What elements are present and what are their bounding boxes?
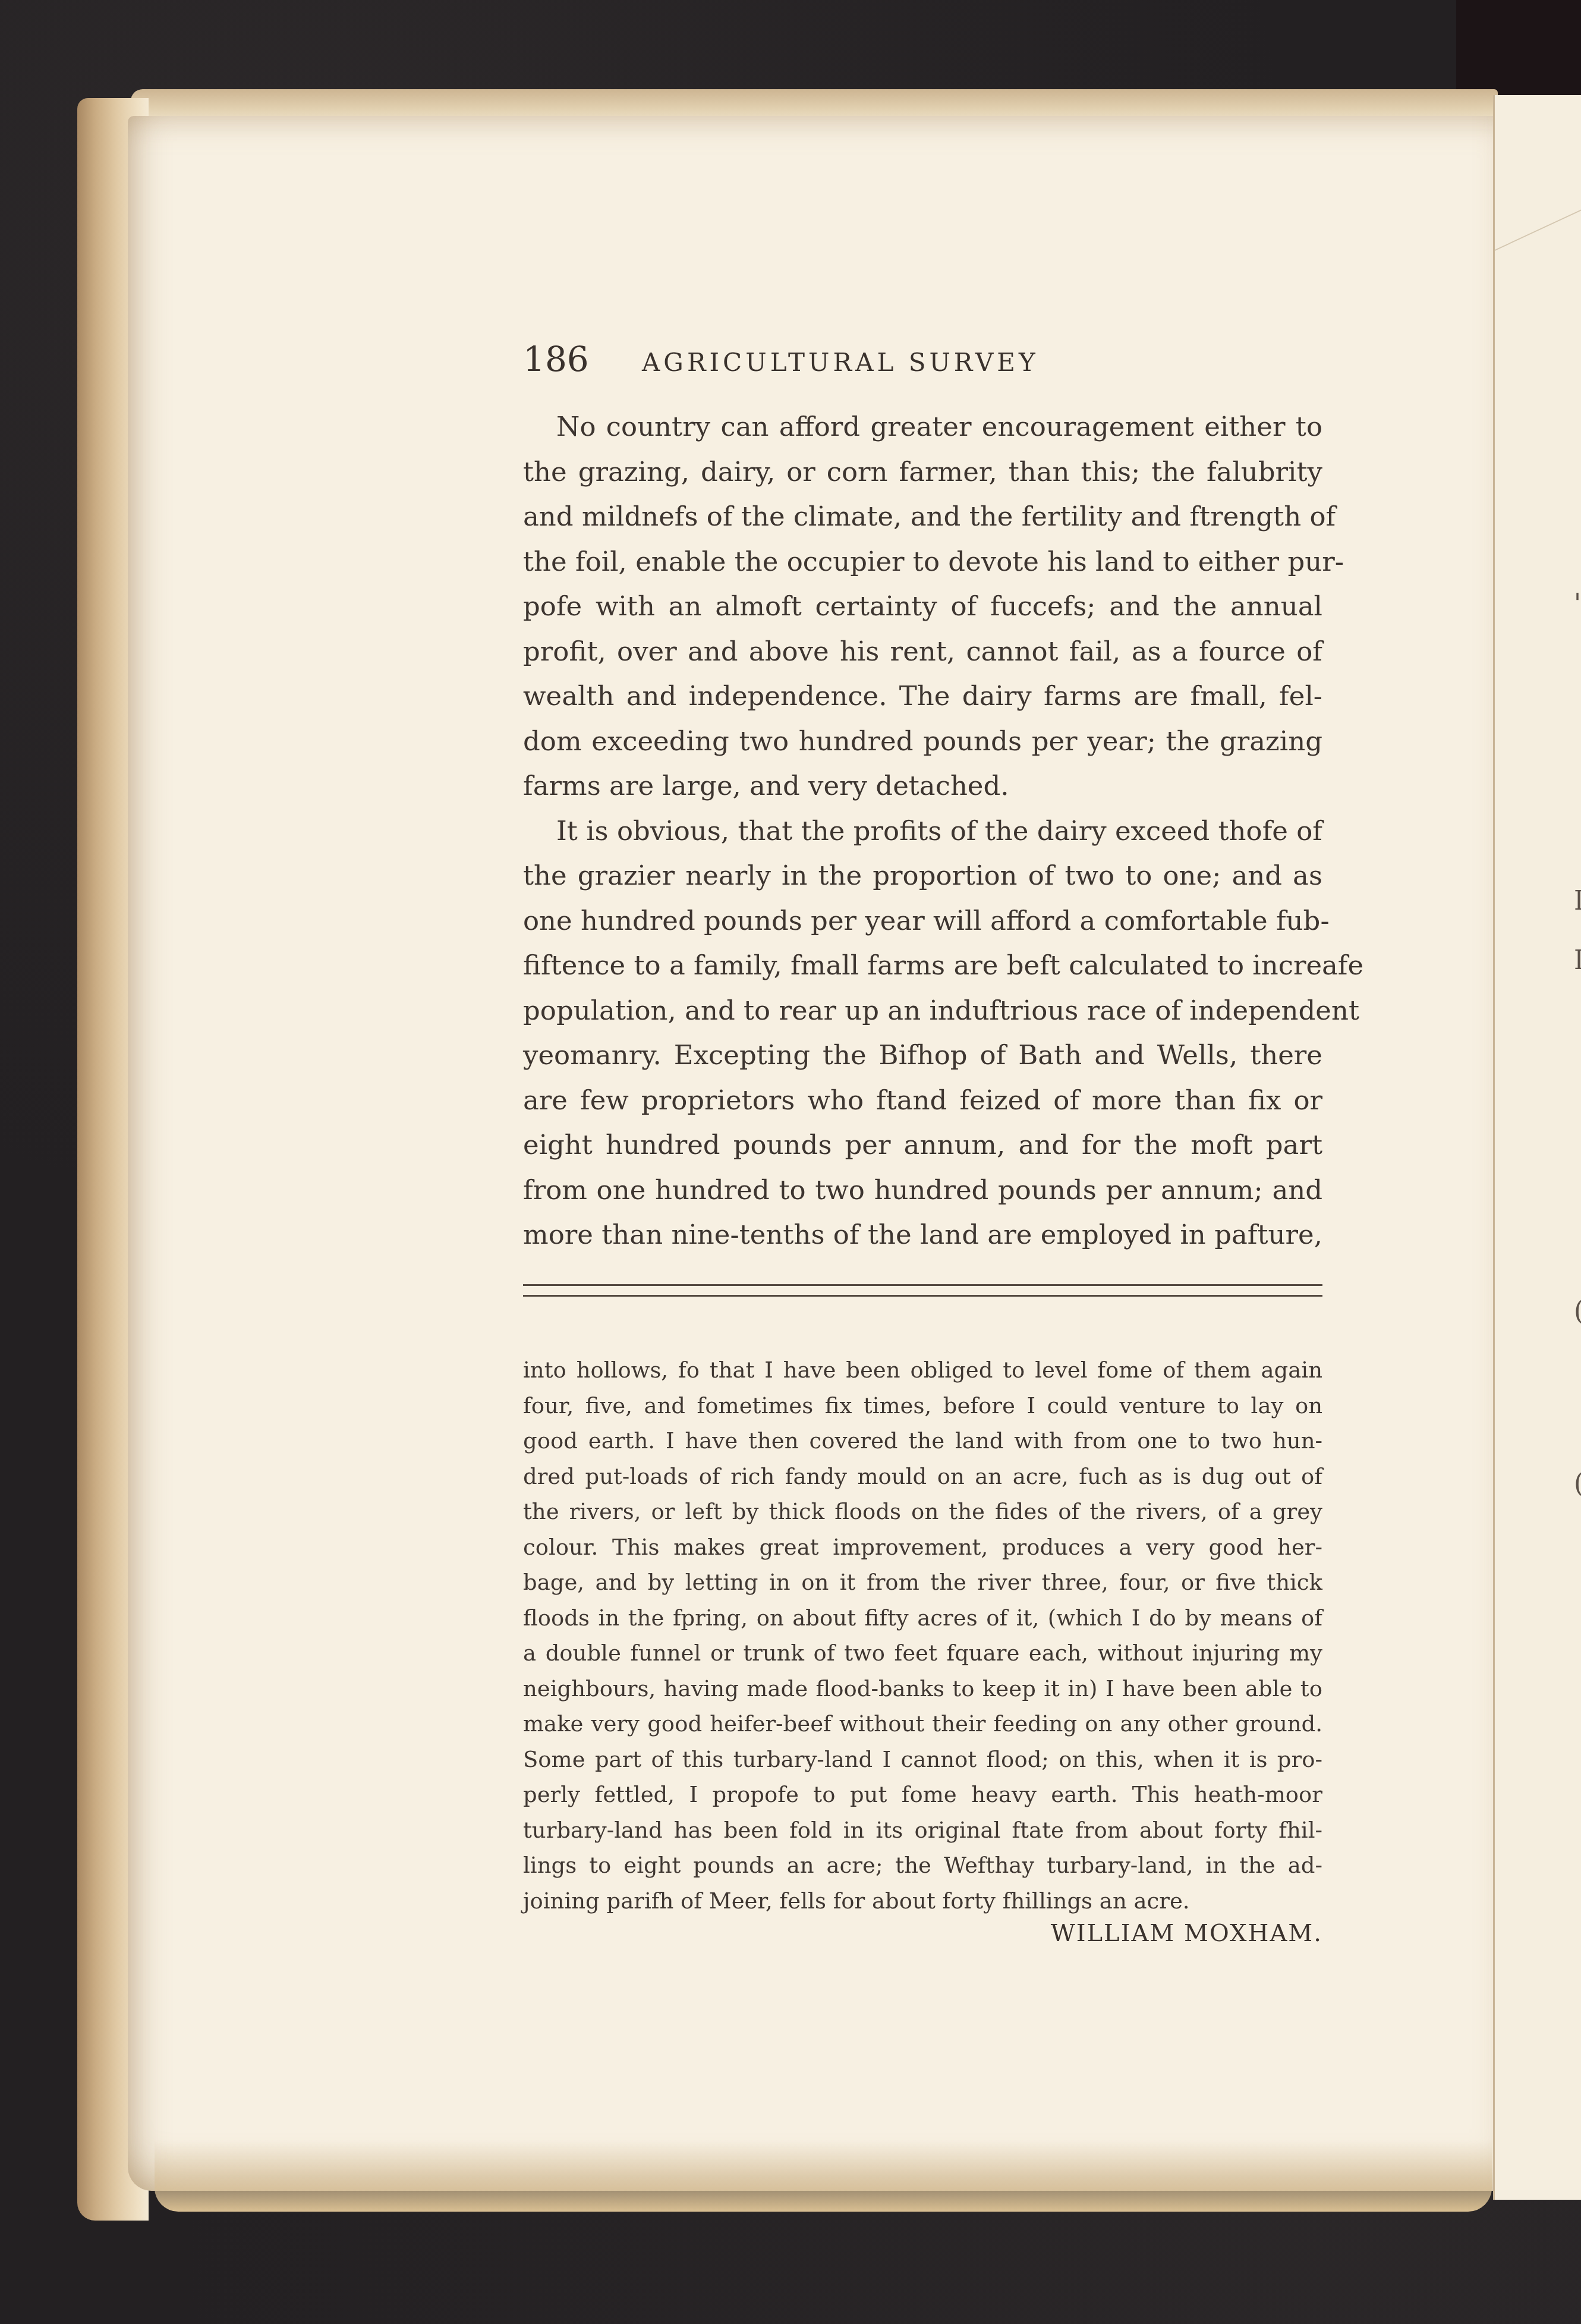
text-line: fiftence to a family, fmall farms are be… xyxy=(523,943,1322,988)
text-line: are few proprietors who ftand feized of … xyxy=(523,1078,1322,1123)
text-line: and mildnefs of the climate, and the fer… xyxy=(523,494,1322,539)
text-line: wealth and independence. The dairy farms… xyxy=(523,674,1322,719)
paragraph-2: It is obvious, that the profits of the d… xyxy=(523,809,1322,1257)
footnote-line: joining parifh of Meer, fells for about … xyxy=(523,1883,1322,1919)
text-line: population, and to rear up an induftriou… xyxy=(523,988,1322,1033)
facing-page-glyph: ( xyxy=(1574,1296,1581,1326)
text-line: the grazier nearly in the proportion of … xyxy=(523,853,1322,898)
facing-page-glyph: ( xyxy=(1574,1468,1581,1499)
text-line: the grazing, dairy, or corn farmer, than… xyxy=(523,449,1322,495)
footnote-line: Some part of this turbary-land I cannot … xyxy=(523,1742,1322,1778)
body-text: No country can afford greater encouragem… xyxy=(523,404,1322,1257)
footnote-line: a double funnel or trunk of two feet fqu… xyxy=(523,1636,1322,1671)
paragraph-1: No country can afford greater encouragem… xyxy=(523,404,1322,809)
page-bottom-stain xyxy=(155,2140,1492,2212)
footnote-signature: WILLIAM MOXHAM. xyxy=(523,1920,1322,1947)
text-line: No country can afford greater encouragem… xyxy=(523,404,1322,449)
footnote-line: neighbours, having made flood-banks to k… xyxy=(523,1671,1322,1707)
footnote-line: good earth. I have then covered the land… xyxy=(523,1423,1322,1459)
text-line: more than nine-tenths of the land are em… xyxy=(523,1212,1322,1257)
facing-page-glyph: ' xyxy=(1574,589,1581,619)
text-line: farms are large, and very detached. xyxy=(523,763,1322,809)
footnote-rule-bottom xyxy=(523,1295,1322,1297)
footnote-line: colour. This makes great improvement, pr… xyxy=(523,1530,1322,1565)
footnote-line: lings to eight pounds an acre; the Wefth… xyxy=(523,1848,1322,1883)
text-line: pofe with an almoft certainty of fuccefs… xyxy=(523,584,1322,629)
page-number: 186 xyxy=(523,339,642,379)
text-line: profit, over and above his rent, cannot … xyxy=(523,629,1322,674)
text-line: the foil, enable the occupier to devote … xyxy=(523,539,1322,584)
facing-page-glyph: I xyxy=(1574,886,1581,916)
text-line: dom exceeding two hundred pounds per yea… xyxy=(523,719,1322,764)
footnote-rule-top xyxy=(523,1284,1322,1286)
footnote-line: bage, and by letting in on it from the r… xyxy=(523,1565,1322,1600)
footnote-line: the rivers, or left by thick floods on t… xyxy=(523,1494,1322,1530)
footnote-line: perly fettled, I propofe to put fome hea… xyxy=(523,1777,1322,1813)
text-line: one hundred pounds per year will afford … xyxy=(523,898,1322,944)
text-line: It is obvious, that the profits of the d… xyxy=(523,809,1322,854)
main-text-block: 186 AGRICULTURAL SURVEY No country can a… xyxy=(523,339,1322,1257)
footnote: into hollows, fo that I have been oblige… xyxy=(523,1353,1322,1947)
text-line: eight hundred pounds per annum, and for … xyxy=(523,1122,1322,1168)
text-line: yeomanry. Excepting the Bifhop of Bath a… xyxy=(523,1033,1322,1078)
footnote-line: floods in the fpring, on about fifty acr… xyxy=(523,1600,1322,1636)
running-title: AGRICULTURAL SURVEY xyxy=(642,348,1039,377)
footnote-line: turbary-land has been fold in its origin… xyxy=(523,1813,1322,1848)
facing-page-glyph: I xyxy=(1574,945,1581,976)
footnote-line: make very good heifer-beef without their… xyxy=(523,1706,1322,1742)
text-line: from one hundred to two hundred pounds p… xyxy=(523,1168,1322,1213)
running-head: 186 AGRICULTURAL SURVEY xyxy=(523,339,1322,392)
footnote-line: dred put-loads of rich fandy mould on an… xyxy=(523,1459,1322,1495)
footnote-line: four, five, and fometimes fix times, bef… xyxy=(523,1388,1322,1424)
footnote-line: into hollows, fo that I have been oblige… xyxy=(523,1353,1322,1388)
facing-page-edge xyxy=(1493,95,1581,2200)
